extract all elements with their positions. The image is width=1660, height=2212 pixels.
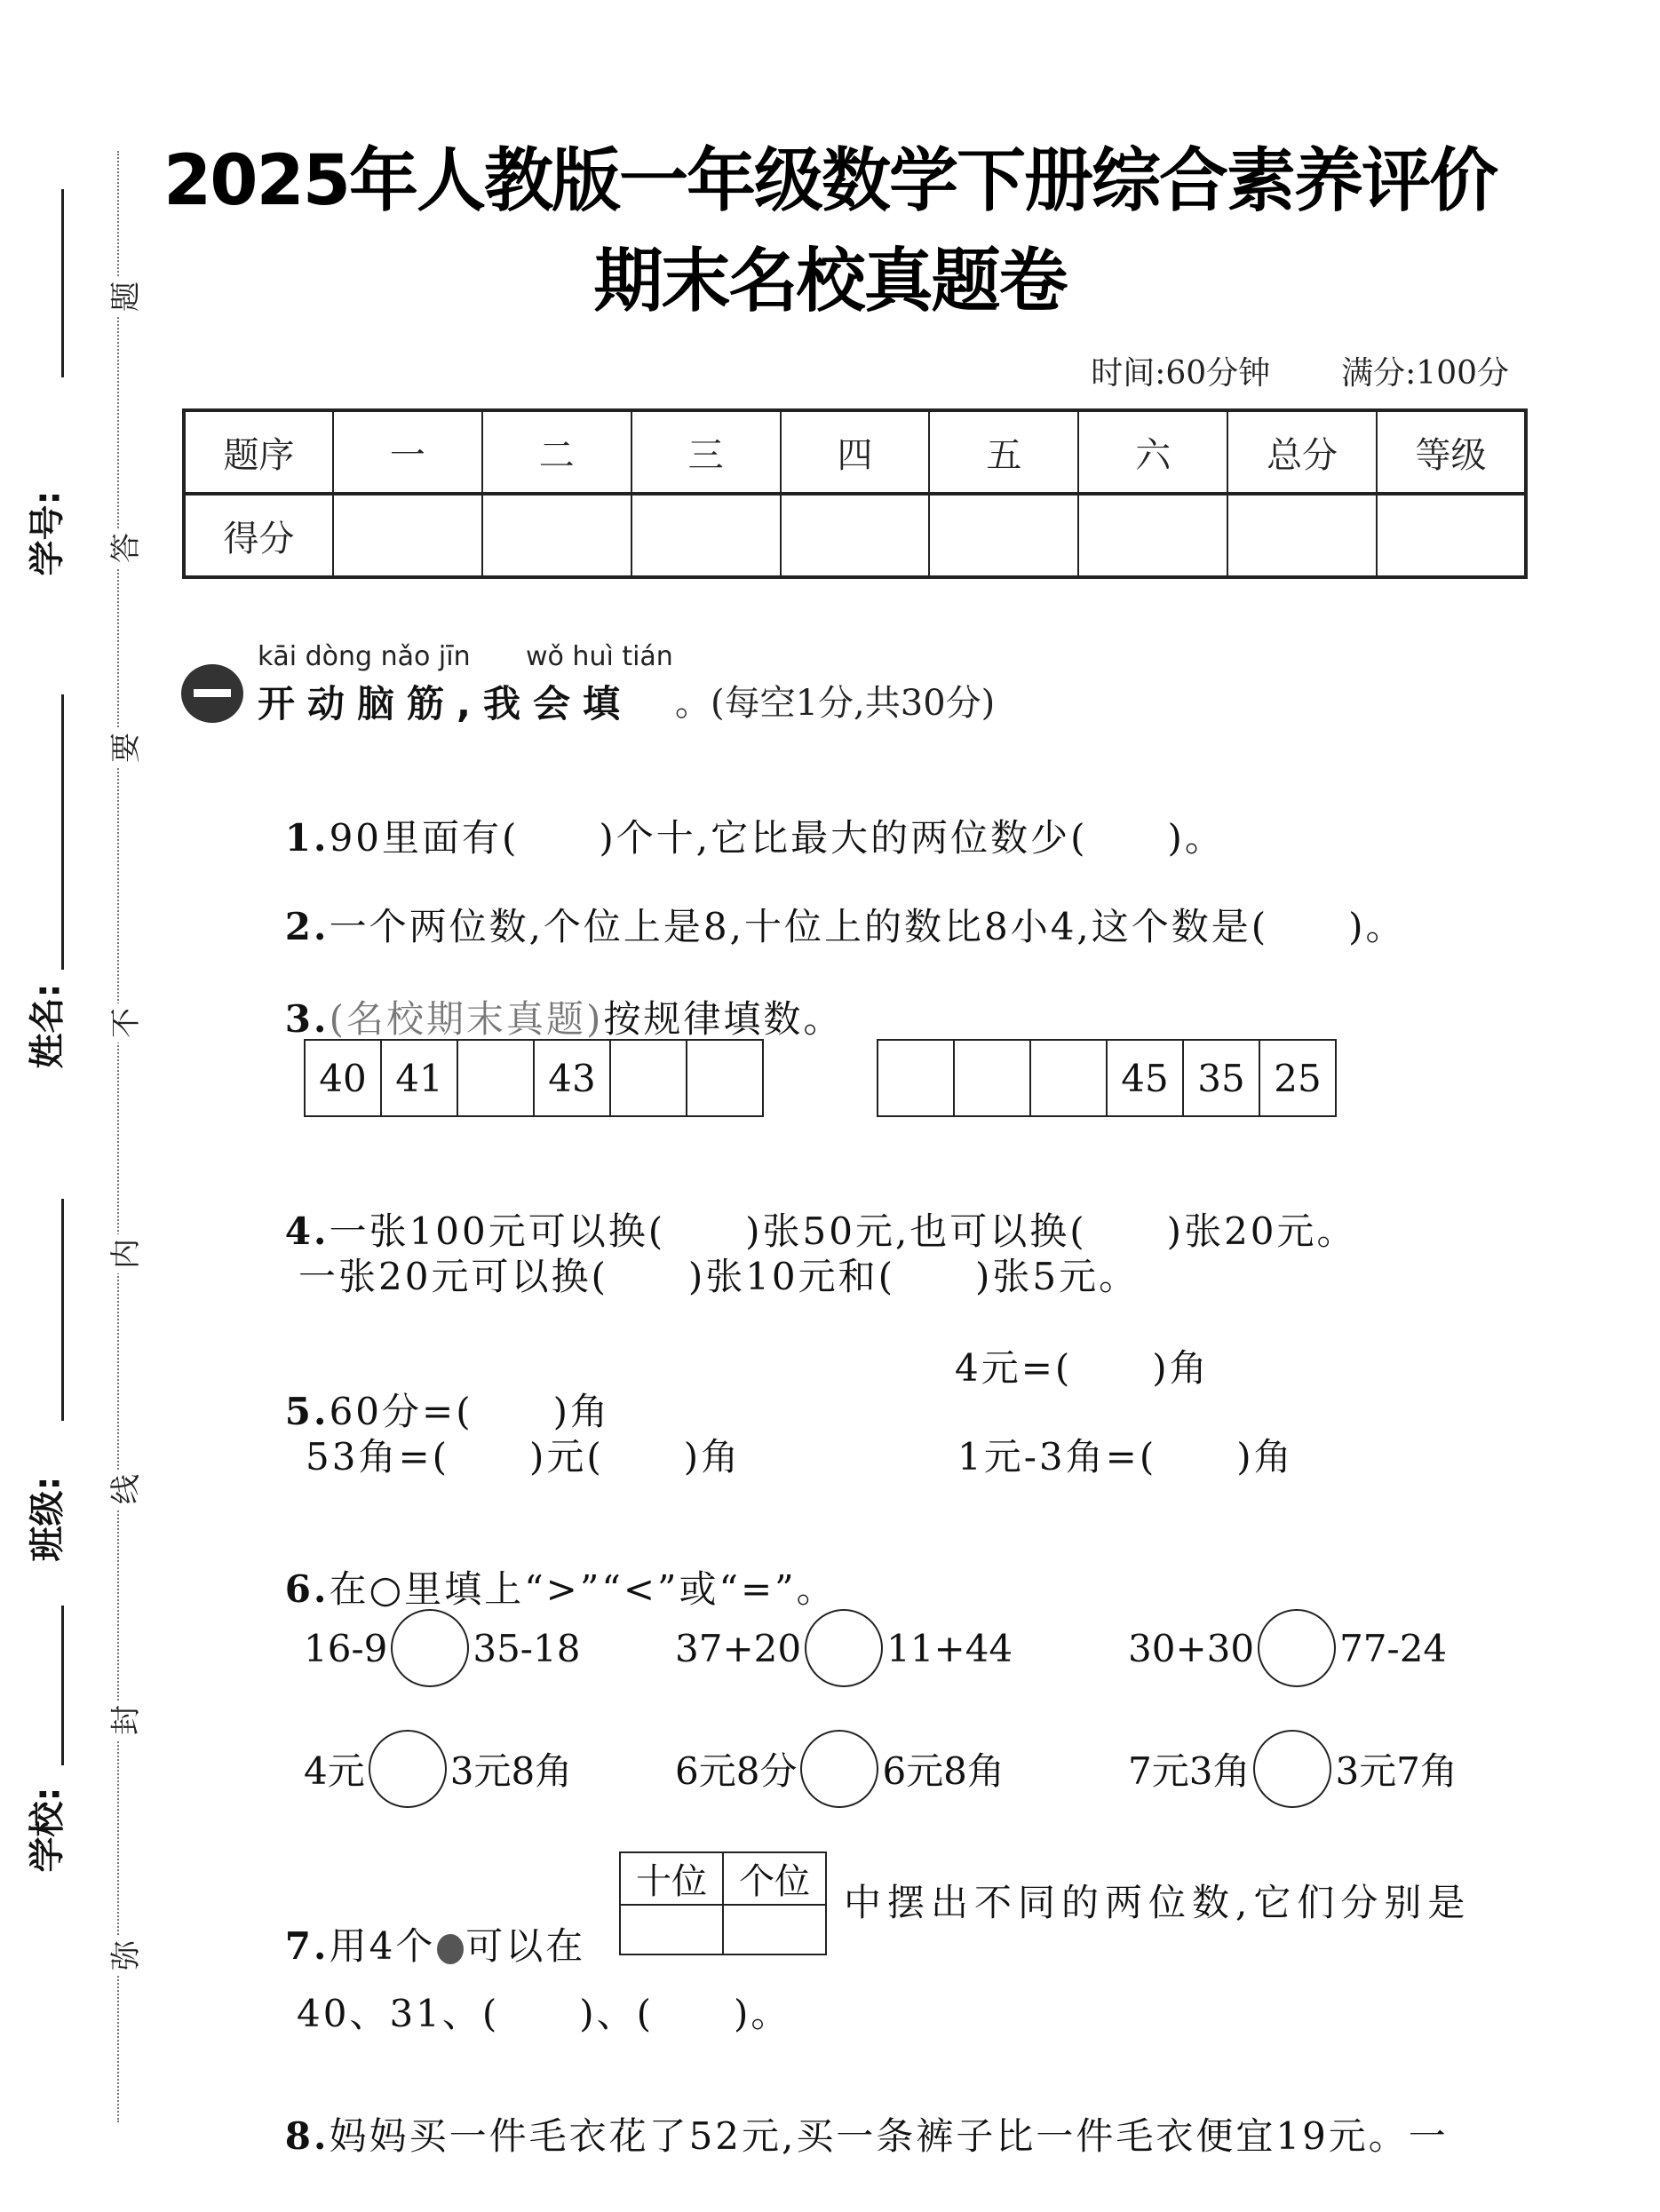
question-2: 2.一个两位数,个位上是8,十位上的数比8小4,这个数是( )。 xyxy=(256,854,1406,951)
question-number: 2. xyxy=(285,905,330,948)
number-sequence-2: 45 35 25 xyxy=(877,1039,1337,1117)
question-3: 3.(名校期末真题)按规律填数。 xyxy=(256,947,843,1043)
name-underline xyxy=(61,694,64,970)
score-cell[interactable] xyxy=(929,494,1078,577)
sequence-blank[interactable] xyxy=(954,1040,1030,1116)
tens-cell xyxy=(620,1905,723,1954)
comparison-right: 77-24 xyxy=(1339,1627,1447,1670)
comparison-left: 6元8分 xyxy=(675,1742,797,1796)
question-5-b: 4元=( )角 xyxy=(955,1339,1210,1392)
question-text: 一张100元可以换( )张50元,也可以换( )张20元。 xyxy=(330,1209,1357,1253)
tens-header: 十位 xyxy=(620,1852,723,1905)
question-number: 4. xyxy=(285,1209,330,1253)
score-table-header-row: 题序 一 二 三 四 五 六 总分 等级 xyxy=(184,410,1526,494)
comparison-left: 7元3角 xyxy=(1128,1742,1250,1796)
question-5-c: 53角=( )元( )角 xyxy=(306,1428,741,1481)
class-label: 班级: xyxy=(20,1491,70,1562)
score-cell[interactable] xyxy=(1227,494,1377,577)
comparison-circle-blank[interactable] xyxy=(391,1609,469,1687)
section-pinyin-left: kāi dòng nǎo jīn xyxy=(258,641,471,672)
place-value-chart: 十位 个位 xyxy=(619,1851,827,1955)
sequence-cell: 35 xyxy=(1183,1040,1259,1116)
comparison-circle-blank[interactable] xyxy=(1253,1730,1331,1808)
sequence-blank[interactable] xyxy=(457,1040,534,1116)
sequence-cell: 25 xyxy=(1259,1040,1336,1116)
sequence-cell: 40 xyxy=(305,1040,381,1116)
comparison-circle-blank[interactable] xyxy=(800,1730,878,1808)
score-table-header-cell: 四 xyxy=(781,410,930,494)
comparison-item: 4元3元8角 xyxy=(304,1730,572,1808)
sequence-blank[interactable] xyxy=(1030,1040,1107,1116)
question-text: 在○里填上“>”“<”或“=”。 xyxy=(330,1567,837,1611)
question-6: 6.在○里填上“>”“<”或“=”。 xyxy=(256,1517,837,1613)
seal-char: 要 xyxy=(107,728,146,767)
comparison-item: 37+2011+44 xyxy=(675,1609,1013,1687)
question-number: 8. xyxy=(285,2114,330,2158)
ones-cell xyxy=(723,1905,826,1954)
question-1: 1.90里面有( )个十,它比最大的两位数少( )。 xyxy=(256,765,1225,862)
question-5-d: 1元-3角=( )角 xyxy=(957,1428,1294,1481)
question-text: 妈妈买一件毛衣花了52元,买一条裤子比一件毛衣便宜19元。一 xyxy=(330,2114,1449,2158)
sequence-blank[interactable] xyxy=(687,1040,763,1116)
score-table-header-cell: 三 xyxy=(631,410,781,494)
question-number: 6. xyxy=(285,1567,330,1611)
question-text: 按规律填数。 xyxy=(603,997,843,1041)
comparison-item: 30+3077-24 xyxy=(1128,1609,1447,1687)
section-title: 开动脑筋,我会填 xyxy=(258,675,632,728)
comparison-circle-blank[interactable] xyxy=(1258,1609,1336,1687)
score-cell[interactable] xyxy=(1078,494,1227,577)
sequence-cell: 43 xyxy=(534,1040,610,1116)
question-8: 8.妈妈买一件毛衣花了52元,买一条裤子比一件毛衣便宜19元。一 xyxy=(256,2064,1449,2160)
question-4: 4.一张100元可以换( )张50元,也可以换( )张20元。 xyxy=(256,1159,1357,1256)
question-number: 5. xyxy=(285,1390,330,1433)
comparison-item: 16-935-18 xyxy=(304,1609,580,1687)
score-table-score-row: 得分 xyxy=(184,494,1526,577)
sequence-cell: 45 xyxy=(1107,1040,1183,1116)
comparison-left: 37+20 xyxy=(675,1627,801,1670)
question-number: 7. xyxy=(285,1924,330,1968)
question-source-tag: (名校期末真题) xyxy=(330,997,604,1041)
number-sequence-1: 40 41 43 xyxy=(304,1039,764,1117)
seal-char: 弥 xyxy=(107,1936,146,1975)
seal-char: 线 xyxy=(107,1470,146,1509)
score-cell[interactable] xyxy=(631,494,781,577)
comparison-right: 35-18 xyxy=(473,1627,580,1670)
comparison-item: 6元8分6元8角 xyxy=(675,1730,1005,1808)
school-label: 学校: xyxy=(20,1802,70,1873)
score-cell[interactable] xyxy=(482,494,631,577)
section-number-icon xyxy=(181,664,243,723)
question-text: 可以在 xyxy=(465,1924,585,1968)
school-underline xyxy=(61,1605,64,1765)
seal-char: 内 xyxy=(107,1234,146,1273)
comparison-left: 16-9 xyxy=(304,1627,387,1670)
comparison-right: 11+44 xyxy=(886,1627,1013,1670)
comparison-circle-blank[interactable] xyxy=(805,1609,883,1687)
comparison-right: 3元8角 xyxy=(450,1742,572,1796)
page-title-line2: 期末名校真题卷 xyxy=(0,247,1660,316)
comparison-left: 4元 xyxy=(304,1742,365,1796)
comparison-right: 3元7角 xyxy=(1335,1742,1457,1796)
question-text: 60分=( )角 xyxy=(330,1390,610,1433)
exam-full-marks: 满分:100分 xyxy=(1341,355,1509,392)
seal-dotted-line xyxy=(117,151,119,2122)
section-score-note: 。(每空1分,共30分) xyxy=(675,675,995,725)
score-cell[interactable] xyxy=(781,494,930,577)
sequence-blank[interactable] xyxy=(878,1040,954,1116)
sequence-cell: 41 xyxy=(381,1040,457,1116)
seal-char: 答 xyxy=(107,528,146,567)
exam-time: 时间:60分钟 xyxy=(1091,355,1270,392)
score-cell[interactable] xyxy=(1377,494,1526,577)
sequence-blank[interactable] xyxy=(610,1040,687,1116)
question-7-line2: 40、31、( )、( )。 xyxy=(297,1985,790,2038)
name-label: 姓名: xyxy=(20,998,70,1069)
class-underline xyxy=(61,1199,64,1421)
score-table-header-cell: 一 xyxy=(333,410,482,494)
student-id-label: 学号: xyxy=(20,505,70,576)
score-table-header-cell: 题序 xyxy=(184,410,333,494)
question-text: 一个两位数,个位上是8,十位上的数比8小4,这个数是( )。 xyxy=(330,905,1406,948)
score-table-header-cell: 五 xyxy=(929,410,1078,494)
seal-char: 封 xyxy=(107,1701,146,1740)
score-table: 题序 一 二 三 四 五 六 总分 等级 得分 xyxy=(182,408,1528,579)
exam-meta: 时间:60分钟满分:100分 xyxy=(1091,348,1509,393)
score-table-header-cell: 六 xyxy=(1078,410,1227,494)
question-number: 1. xyxy=(285,816,330,860)
comparison-item: 7元3角3元7角 xyxy=(1128,1730,1457,1808)
question-5: 5.60分=( )角 xyxy=(256,1339,610,1436)
score-table-header-cell: 等级 xyxy=(1377,410,1526,494)
score-cell[interactable] xyxy=(333,494,482,577)
score-row-label: 得分 xyxy=(184,494,333,577)
comparison-left: 30+30 xyxy=(1128,1627,1254,1670)
question-text: 90里面有( )个十,它比最大的两位数少( )。 xyxy=(330,816,1225,860)
bead-dot-icon xyxy=(437,1934,464,1964)
score-table-header-cell: 总分 xyxy=(1227,410,1377,494)
question-text: 用4个 xyxy=(330,1924,436,1968)
question-7-continued: 中摆出不同的两位数,它们分别是 xyxy=(844,1874,1471,1927)
comparison-circle-blank[interactable] xyxy=(369,1730,447,1808)
comparison-right: 6元8角 xyxy=(882,1742,1004,1796)
question-number: 3. xyxy=(285,997,330,1041)
question-7: 7.用4个可以在 xyxy=(256,1874,585,1970)
section-pinyin-right: wǒ huì tián xyxy=(526,641,673,672)
page-title-line1: 2025年人教版一年级数学下册综合素养评价 xyxy=(0,147,1660,216)
seal-char: 不 xyxy=(107,1003,146,1043)
score-table-header-cell: 二 xyxy=(482,410,631,494)
ones-header: 个位 xyxy=(723,1852,826,1905)
question-4-line2: 一张20元可以换( )张10元和( )张5元。 xyxy=(298,1248,1139,1301)
